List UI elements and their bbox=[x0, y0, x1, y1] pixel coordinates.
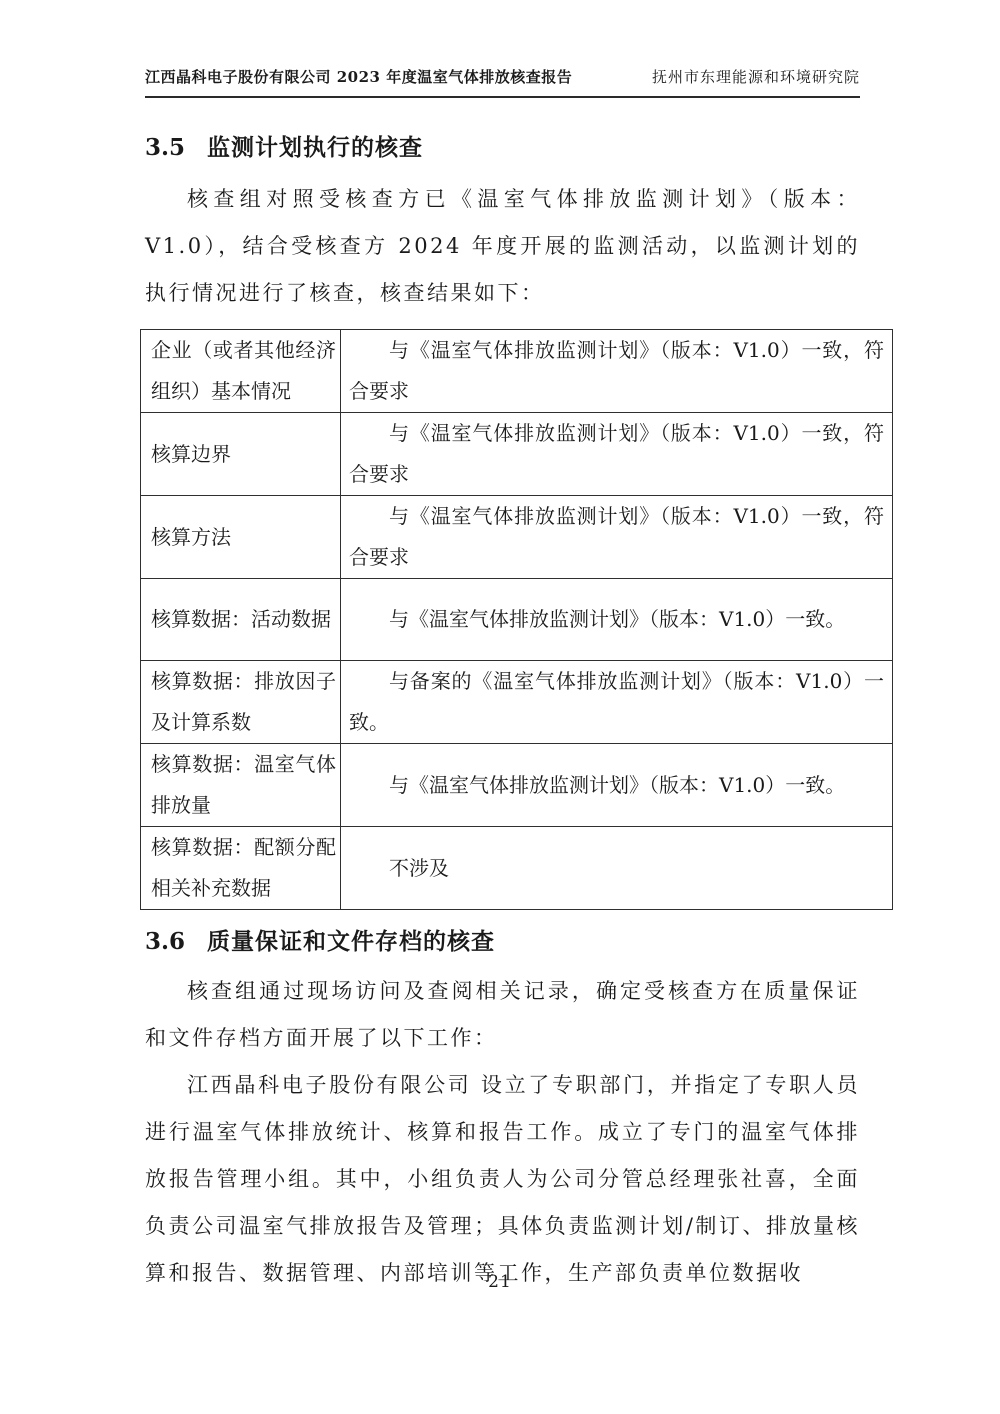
section-3-6-paragraph-1: 核查组通过现场访问及查阅相关记录，确定受核查方在质量保证和文件存档方面开展了以下… bbox=[145, 968, 860, 1062]
table-cell-result: 与《温室气体排放监测计划》（版本：V1.0）一致。 bbox=[341, 579, 893, 661]
table-cell-item: 企业（或者其他经济组织）基本情况 bbox=[141, 330, 341, 413]
table-cell-item: 核算数据：温室气体排放量 bbox=[141, 744, 341, 827]
header-institute-name: 抚州市东理能源和环境研究院 bbox=[652, 66, 860, 87]
section-3-6-number: 3.6 bbox=[145, 926, 185, 958]
table-row: 核算数据：活动数据 与《温室气体排放监测计划》（版本：V1.0）一致。 bbox=[141, 579, 893, 661]
table-row: 企业（或者其他经济组织）基本情况 与《温室气体排放监测计划》（版本：V1.0）一… bbox=[141, 330, 893, 413]
section-3-5-number: 3.5 bbox=[145, 132, 185, 164]
table-cell-item: 核算方法 bbox=[141, 496, 341, 579]
report-page: 江西晶科电子股份有限公司 2023 年度温室气体排放核查报告 抚州市东理能源和环… bbox=[0, 0, 1000, 1414]
table-cell-result: 与《温室气体排放监测计划》（版本：V1.0）一致，符合要求 bbox=[341, 413, 893, 496]
section-3-5-title: 监测计划执行的核查 bbox=[207, 134, 423, 161]
table-cell-result: 与《温室气体排放监测计划》（版本：V1.0）一致。 bbox=[341, 744, 893, 827]
page-header: 江西晶科电子股份有限公司 2023 年度温室气体排放核查报告 抚州市东理能源和环… bbox=[145, 66, 860, 98]
table-body: 企业（或者其他经济组织）基本情况 与《温室气体排放监测计划》（版本：V1.0）一… bbox=[141, 330, 893, 910]
table-cell-result: 与《温室气体排放监测计划》（版本：V1.0）一致，符合要求 bbox=[341, 496, 893, 579]
table-cell-item: 核算数据：活动数据 bbox=[141, 579, 341, 661]
table-row: 核算数据：配额分配相关补充数据 不涉及 bbox=[141, 827, 893, 910]
section-3-6-title: 质量保证和文件存档的核查 bbox=[207, 928, 495, 955]
table-cell-result: 不涉及 bbox=[341, 827, 893, 910]
section-3-5-heading: 3.5监测计划执行的核查 bbox=[145, 132, 860, 164]
table-row: 核算数据：排放因子及计算系数 与备案的《温室气体排放监测计划》（版本：V1.0）… bbox=[141, 661, 893, 744]
page-number: 21 bbox=[0, 1272, 1000, 1292]
table-row: 核算方法 与《温室气体排放监测计划》（版本：V1.0）一致，符合要求 bbox=[141, 496, 893, 579]
table-cell-item: 核算边界 bbox=[141, 413, 341, 496]
table-cell-result: 与《温室气体排放监测计划》（版本：V1.0）一致，符合要求 bbox=[341, 330, 893, 413]
table-row: 核算边界 与《温室气体排放监测计划》（版本：V1.0）一致，符合要求 bbox=[141, 413, 893, 496]
table-cell-item: 核算数据：排放因子及计算系数 bbox=[141, 661, 341, 744]
section-3-6-heading: 3.6质量保证和文件存档的核查 bbox=[145, 926, 860, 958]
table-cell-result: 与备案的《温室气体排放监测计划》（版本：V1.0）一致。 bbox=[341, 661, 893, 744]
table-row: 核算数据：温室气体排放量 与《温室气体排放监测计划》（版本：V1.0）一致。 bbox=[141, 744, 893, 827]
monitoring-plan-verification-table: 企业（或者其他经济组织）基本情况 与《温室气体排放监测计划》（版本：V1.0）一… bbox=[140, 329, 893, 910]
section-3-6-paragraph-2: 江西晶科电子股份有限公司 设立了专职部门，并指定了专职人员进行温室气体排放统计、… bbox=[145, 1062, 860, 1297]
table-cell-item: 核算数据：配额分配相关补充数据 bbox=[141, 827, 341, 910]
section-3-5-intro-paragraph: 核查组对照受核查方已《温室气体排放监测计划》（版本：V1.0），结合受核查方 2… bbox=[145, 176, 860, 317]
header-report-title: 江西晶科电子股份有限公司 2023 年度温室气体排放核查报告 bbox=[145, 66, 572, 87]
